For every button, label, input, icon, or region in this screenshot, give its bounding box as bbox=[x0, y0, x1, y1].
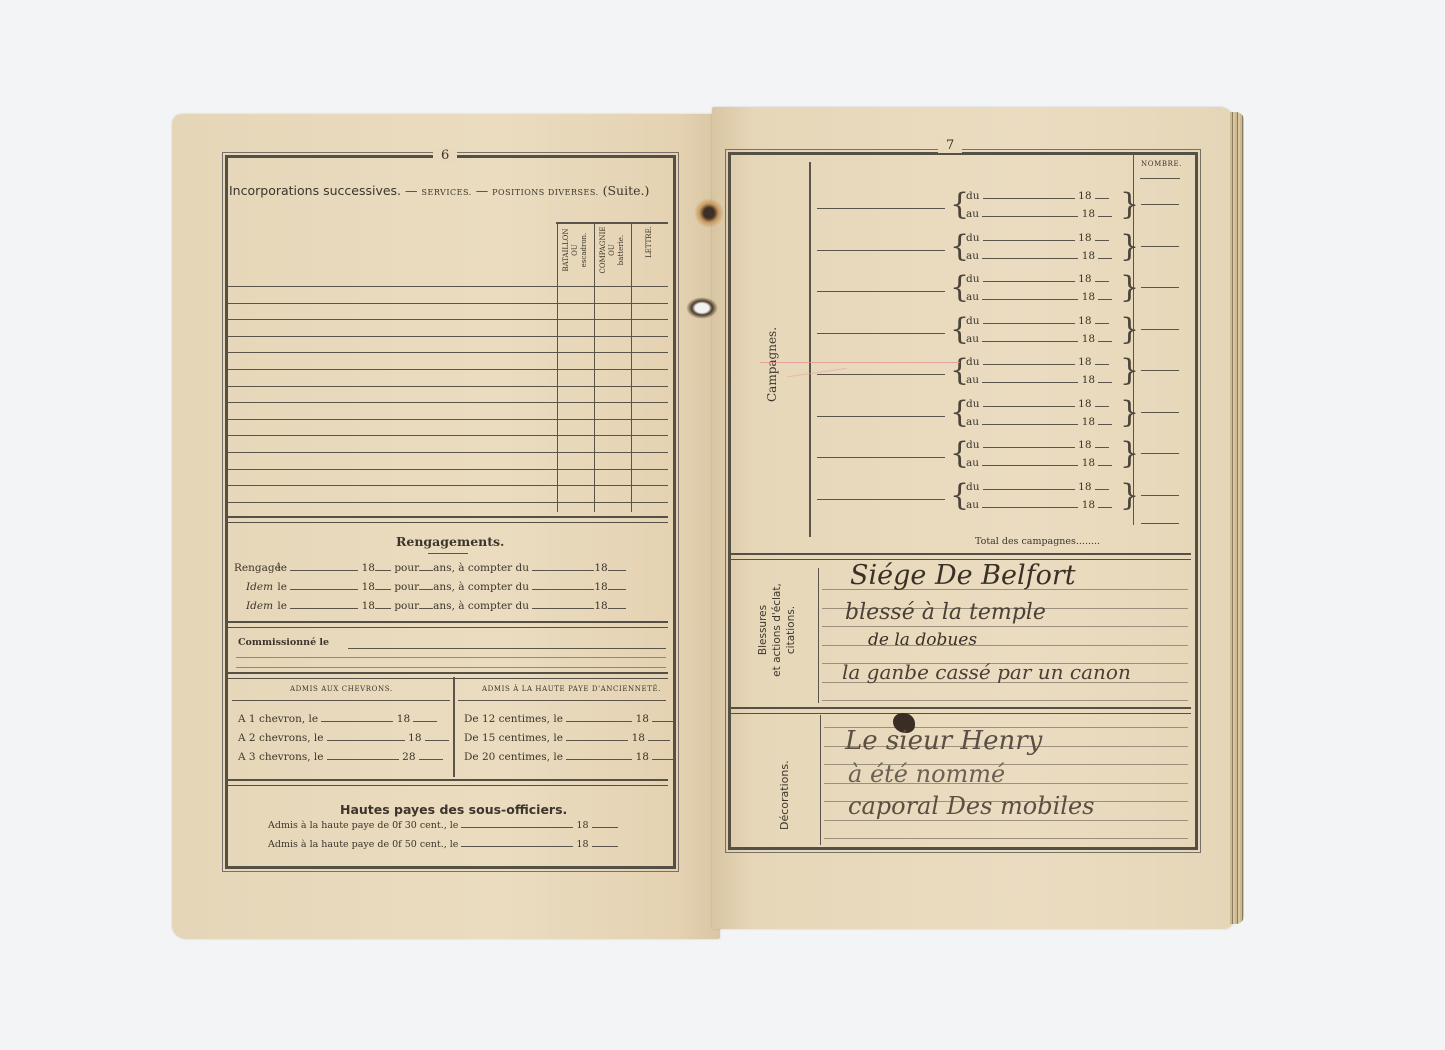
years-count-blank[interactable] bbox=[419, 608, 433, 609]
chevrons-header-rule bbox=[232, 700, 450, 701]
date-blank[interactable] bbox=[983, 198, 1075, 199]
date-blank[interactable] bbox=[327, 759, 399, 760]
campagne-du-row: du 18 bbox=[966, 315, 1109, 327]
red-stamp-mark bbox=[760, 362, 960, 363]
year-blank[interactable] bbox=[592, 846, 618, 847]
year-blank[interactable] bbox=[375, 570, 391, 571]
right-brace: } bbox=[1120, 192, 1139, 218]
blessures-bottom-rule bbox=[731, 707, 1191, 714]
haute-paye-row: Admis à la haute paye de 0f 30 cent., le… bbox=[268, 820, 618, 831]
year-blank[interactable] bbox=[1095, 323, 1109, 324]
chevrons-divider bbox=[453, 677, 455, 777]
right-brace: } bbox=[1120, 234, 1139, 260]
incorporation-line bbox=[228, 452, 668, 453]
incorporation-line bbox=[228, 352, 668, 353]
col-header-lettre: Lettre. bbox=[645, 222, 654, 262]
year-blank[interactable] bbox=[425, 740, 449, 741]
campagne-du-row: du 18 bbox=[966, 481, 1109, 493]
date-blank[interactable] bbox=[983, 364, 1075, 365]
date-blank[interactable] bbox=[532, 608, 594, 609]
decorations-left-rule bbox=[820, 715, 821, 845]
years-count-blank[interactable] bbox=[419, 589, 433, 590]
year-blank[interactable] bbox=[1095, 281, 1109, 282]
campagne-name-line[interactable] bbox=[817, 208, 945, 209]
commissionne-line-3 bbox=[236, 667, 666, 668]
date-blank[interactable] bbox=[982, 341, 1078, 342]
incorporation-line bbox=[228, 502, 668, 503]
year-blank[interactable] bbox=[1095, 198, 1109, 199]
year-blank[interactable] bbox=[1098, 216, 1112, 217]
page-edges bbox=[1230, 112, 1244, 924]
nombre-line[interactable] bbox=[1141, 329, 1179, 330]
incorporation-line bbox=[228, 402, 668, 403]
campagne-name-line[interactable] bbox=[817, 499, 945, 500]
date-blank[interactable] bbox=[290, 589, 358, 590]
year-blank[interactable] bbox=[375, 608, 391, 609]
right-brace: } bbox=[1120, 275, 1139, 301]
rengagement-label: Idem bbox=[246, 581, 274, 593]
right-brace: } bbox=[1120, 483, 1139, 509]
hautes-payes-title: Hautes payes des sous-officiers. bbox=[340, 802, 567, 817]
year-blank[interactable] bbox=[1095, 447, 1109, 448]
incorporation-line bbox=[228, 485, 668, 486]
year-blank[interactable] bbox=[375, 589, 391, 590]
campagne-name-line[interactable] bbox=[817, 416, 945, 417]
date-blank[interactable] bbox=[982, 465, 1078, 466]
handwriting-sieur-henry: Le sieur Henry bbox=[845, 726, 1042, 756]
right-brace: } bbox=[1120, 400, 1139, 426]
handwriting-ete-nomme: à été nommé bbox=[848, 760, 1005, 788]
rengagement-row: Rengagé le 18 pourans, à compter du 18 bbox=[234, 562, 664, 574]
year-blank[interactable] bbox=[1095, 489, 1109, 490]
date-blank[interactable] bbox=[290, 608, 358, 609]
campagne-au-row: au 18 bbox=[966, 416, 1112, 428]
campagne-du-row: du 18 bbox=[966, 232, 1109, 244]
date-blank[interactable] bbox=[983, 323, 1075, 324]
date-blank[interactable] bbox=[982, 258, 1078, 259]
chevrons-header: Admis aux chevrons. bbox=[290, 685, 393, 693]
blessures-left-rule bbox=[818, 568, 819, 703]
chevron-row: A 3 chevrons, le 28 bbox=[238, 751, 443, 763]
nombre-line[interactable] bbox=[1141, 287, 1179, 288]
date-blank[interactable] bbox=[982, 382, 1078, 383]
campagne-au-row: au 18 bbox=[966, 374, 1112, 386]
year-blank[interactable] bbox=[1098, 382, 1112, 383]
rengagement-label: Rengagé bbox=[234, 562, 274, 574]
blessures-label: Blessures et actions d'éclat, citations. bbox=[756, 560, 798, 700]
incorporation-line bbox=[228, 303, 668, 304]
rengagement-row: Idem le 18 pourans, à compter du 18 bbox=[234, 600, 664, 612]
incorporation-line bbox=[228, 435, 668, 436]
right-brace: } bbox=[1120, 358, 1139, 384]
nombre-line[interactable] bbox=[1141, 370, 1179, 371]
campagnes-bottom-rule bbox=[731, 553, 1191, 560]
col-header-compagnie: Compagnie ou batterie. bbox=[599, 225, 626, 275]
haute-paye-anciennete-header: Admis à la haute paye d'ancienneté. bbox=[482, 685, 661, 693]
date-blank[interactable] bbox=[983, 489, 1075, 490]
year-blank[interactable] bbox=[1095, 240, 1109, 241]
decorations-label: Décorations. bbox=[778, 760, 791, 830]
incorp-bottom-rule bbox=[228, 516, 668, 523]
year-blank[interactable] bbox=[608, 589, 626, 590]
date-blank[interactable] bbox=[982, 424, 1078, 425]
date-blank[interactable] bbox=[566, 721, 632, 722]
year-blank[interactable] bbox=[413, 721, 437, 722]
right-brace: } bbox=[1120, 441, 1139, 467]
commissionne-label: Commissionné le bbox=[238, 637, 329, 648]
campagne-du-row: du 18 bbox=[966, 356, 1109, 368]
year-blank[interactable] bbox=[608, 608, 626, 609]
nombre-line[interactable] bbox=[1141, 246, 1179, 247]
year-blank[interactable] bbox=[1098, 424, 1112, 425]
campagne-du-row: du 18 bbox=[966, 398, 1109, 410]
nombre-line[interactable] bbox=[1141, 453, 1179, 454]
page-number-7: 7 bbox=[938, 138, 962, 153]
year-blank[interactable] bbox=[1095, 364, 1109, 365]
date-blank[interactable] bbox=[982, 216, 1078, 217]
incorporation-line bbox=[228, 319, 668, 320]
year-blank[interactable] bbox=[1098, 341, 1112, 342]
campagne-du-row: du 18 bbox=[966, 190, 1109, 202]
incorporation-line bbox=[228, 419, 668, 420]
campagne-au-row: au 18 bbox=[966, 250, 1112, 262]
nombre-line[interactable] bbox=[1141, 204, 1179, 205]
col-header-bataillon: Bataillon ou escadron. bbox=[562, 225, 589, 275]
date-blank[interactable] bbox=[982, 507, 1078, 508]
chevron-row: A 1 chevron, le 18 bbox=[238, 713, 437, 725]
campagne-name-line[interactable] bbox=[817, 333, 945, 334]
rengagement-row: Idem le 18 pourans, à compter du 18 bbox=[234, 581, 664, 593]
date-blank[interactable] bbox=[983, 447, 1075, 448]
commissionne-bottom-rule bbox=[228, 672, 668, 679]
campagnes-label: Campagnes. bbox=[765, 327, 779, 402]
campagne-au-row: au 18 bbox=[966, 291, 1112, 303]
total-nombre-line bbox=[1141, 523, 1179, 524]
campagnes-left-rule bbox=[809, 162, 811, 537]
blessures-line[interactable] bbox=[822, 700, 1188, 701]
date-blank[interactable] bbox=[566, 759, 632, 760]
date-blank[interactable] bbox=[983, 406, 1075, 407]
year-blank[interactable] bbox=[1098, 258, 1112, 259]
year-blank[interactable] bbox=[419, 759, 443, 760]
year-blank[interactable] bbox=[608, 570, 626, 571]
commissionne-line-1 bbox=[348, 648, 666, 649]
incorporation-line bbox=[228, 469, 668, 470]
incorporation-line bbox=[228, 386, 668, 387]
rengagements-bottom-rule bbox=[228, 621, 668, 628]
date-blank[interactable] bbox=[532, 589, 594, 590]
binding-hole-bottom bbox=[686, 297, 718, 319]
incorporation-line bbox=[228, 286, 668, 287]
year-blank[interactable] bbox=[648, 740, 670, 741]
date-blank[interactable] bbox=[461, 827, 573, 828]
blessures-line[interactable] bbox=[822, 626, 1188, 627]
anciennete-row: De 12 centimes, le 18 bbox=[464, 713, 674, 725]
incorporations-title: Incorporations successives. bbox=[229, 183, 401, 198]
year-blank[interactable] bbox=[652, 721, 674, 722]
date-blank[interactable] bbox=[321, 721, 393, 722]
campagne-au-row: au 18 bbox=[966, 208, 1112, 220]
total-campagnes: Total des campagnes........ bbox=[975, 536, 1100, 547]
chevrons-bottom-rule bbox=[228, 779, 668, 786]
handwriting-siege-de-belfort: Siége De Belfort bbox=[850, 560, 1076, 591]
incorporation-line bbox=[228, 369, 668, 370]
commissionne-line-2 bbox=[236, 657, 666, 658]
year-blank[interactable] bbox=[1098, 465, 1112, 466]
campagne-au-row: au 18 bbox=[966, 499, 1112, 511]
year-blank[interactable] bbox=[1098, 299, 1112, 300]
chevron-row: A 2 chevrons, le 18 bbox=[238, 732, 449, 744]
year-blank[interactable] bbox=[652, 759, 674, 760]
nombre-header-rule bbox=[1140, 178, 1180, 179]
page-number-6: 6 bbox=[433, 148, 457, 163]
date-blank[interactable] bbox=[983, 240, 1075, 241]
rengagement-label: Idem bbox=[246, 600, 274, 612]
nombre-line[interactable] bbox=[1141, 412, 1179, 413]
right-brace: } bbox=[1120, 317, 1139, 343]
date-blank[interactable] bbox=[532, 570, 594, 571]
campagne-du-row: du 18 bbox=[966, 273, 1109, 285]
haute-paye-row: Admis à la haute paye de 0f 50 cent., le… bbox=[268, 839, 618, 850]
handwriting-ganbe-casse: la ganbe cassé par un canon bbox=[842, 660, 1131, 684]
date-blank[interactable] bbox=[290, 570, 358, 571]
date-blank[interactable] bbox=[983, 281, 1075, 282]
nombre-line[interactable] bbox=[1141, 495, 1179, 496]
campagne-name-line[interactable] bbox=[817, 291, 945, 292]
nombre-header: Nombre. bbox=[1141, 160, 1182, 168]
campagne-name-line[interactable] bbox=[817, 457, 945, 458]
rengagements-underline bbox=[428, 553, 468, 554]
incorporation-line bbox=[228, 336, 668, 337]
date-blank[interactable] bbox=[461, 846, 573, 847]
year-blank[interactable] bbox=[1098, 507, 1112, 508]
anciennete-row: De 20 centimes, le 18 bbox=[464, 751, 674, 763]
handwriting-de-la-dobues: de la dobues bbox=[868, 630, 977, 650]
campagne-au-row: au 18 bbox=[966, 333, 1112, 345]
handwriting-blesse-temple: blessé à la temple bbox=[845, 600, 1046, 625]
campagne-du-row: du 18 bbox=[966, 439, 1109, 451]
date-blank[interactable] bbox=[566, 740, 628, 741]
campagne-name-line[interactable] bbox=[817, 250, 945, 251]
year-blank[interactable] bbox=[1095, 406, 1109, 407]
binding-hole-top bbox=[694, 198, 724, 228]
years-count-blank[interactable] bbox=[419, 570, 433, 571]
anciennete-row: De 15 centimes, le 18 bbox=[464, 732, 670, 744]
handwriting-caporal-mobiles: caporal Des mobiles bbox=[848, 792, 1094, 820]
anciennete-header-rule bbox=[458, 700, 666, 701]
date-blank[interactable] bbox=[327, 740, 405, 741]
incorporations-header: Incorporations successives. — Services. … bbox=[229, 183, 649, 198]
decorations-line[interactable] bbox=[824, 838, 1188, 839]
campagne-au-row: au 18 bbox=[966, 457, 1112, 469]
rengagements-title: Rengagements. bbox=[396, 534, 504, 549]
date-blank[interactable] bbox=[982, 299, 1078, 300]
year-blank[interactable] bbox=[592, 827, 618, 828]
